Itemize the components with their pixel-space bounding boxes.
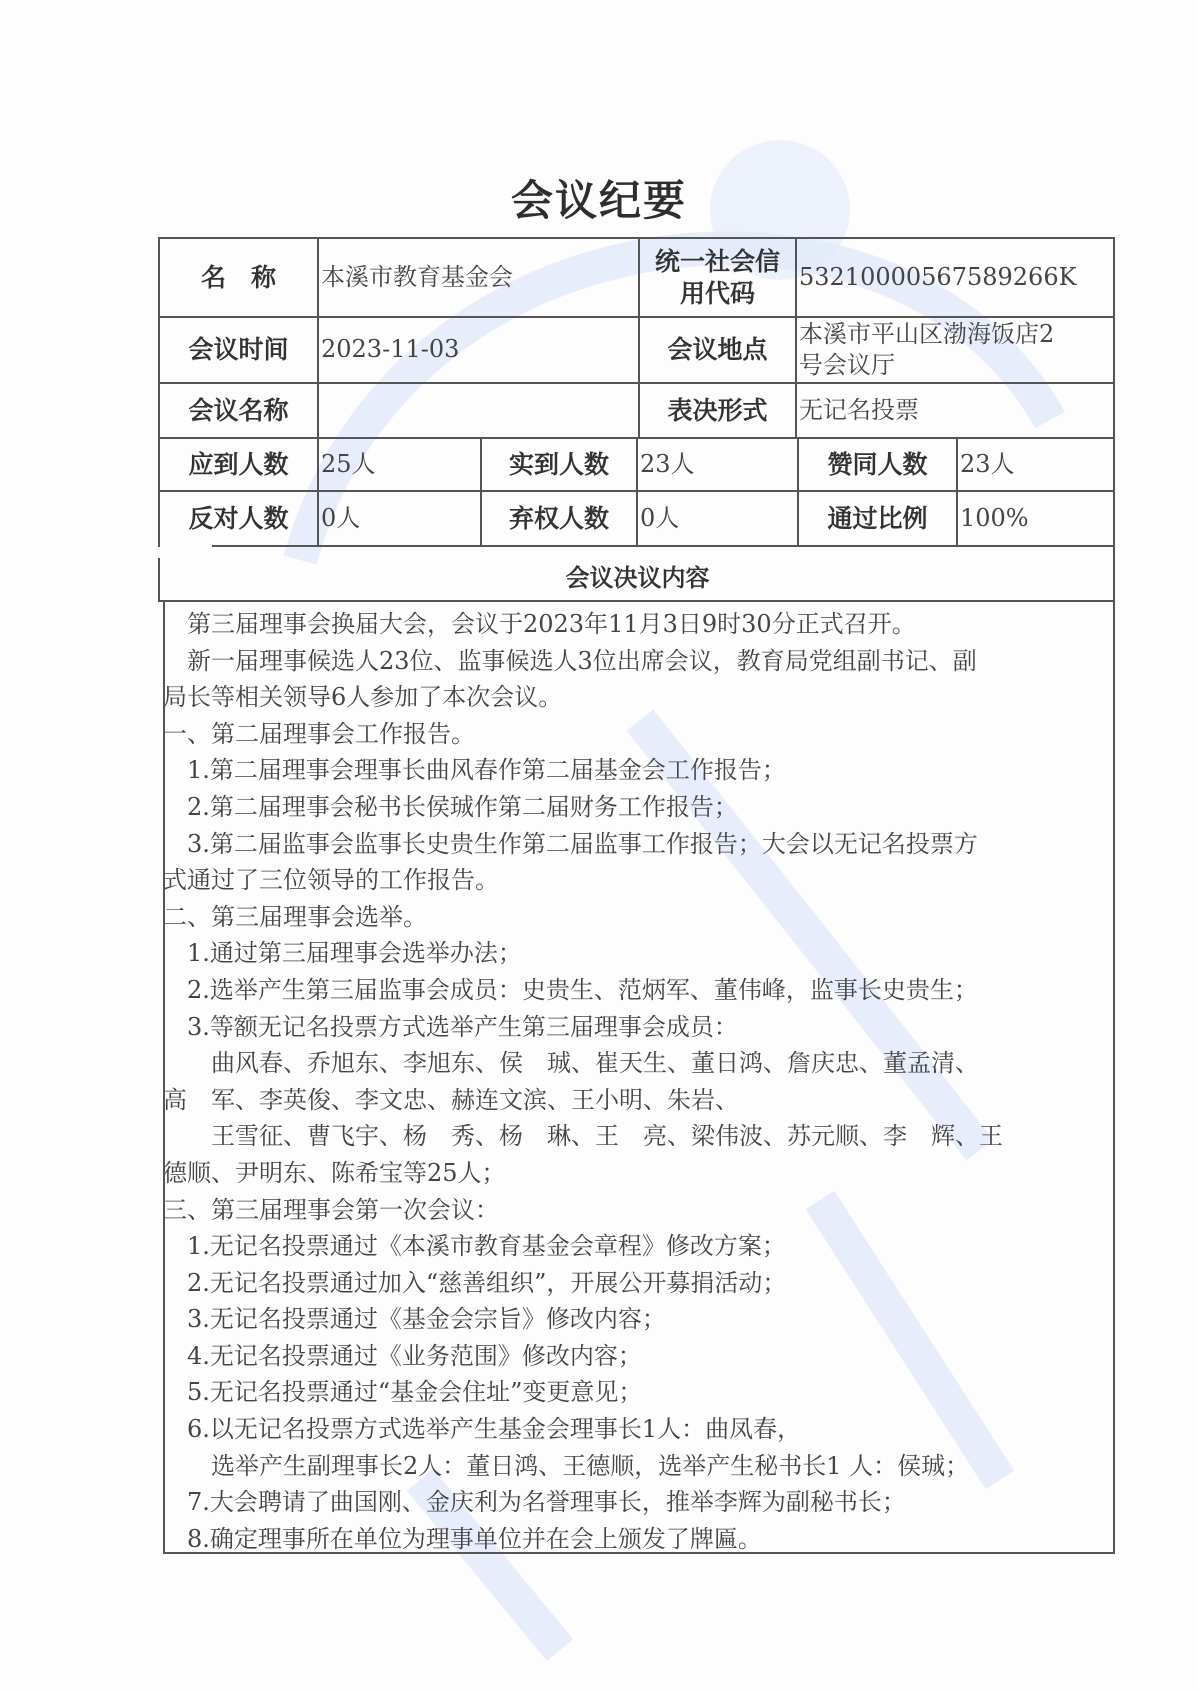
section-divider bbox=[158, 600, 1115, 602]
value-votes-for: 23人 bbox=[960, 439, 1113, 490]
resolution-line: 7.大会聘请了曲国刚、金庆利为名誉理事长，推举李辉为副秘书长； bbox=[163, 1484, 1113, 1521]
document-title: 会议纪要 bbox=[0, 168, 1198, 228]
value-credit-code: 53210000567589266K bbox=[799, 239, 1113, 316]
resolution-line: 2.无记名投票通过加入“慈善组织”，开展公开募捐活动； bbox=[163, 1265, 1113, 1302]
resolution-line: 4.无记名投票通过《业务范围》修改内容； bbox=[163, 1338, 1113, 1375]
resolution-line: 式通过了三位领导的工作报告。 bbox=[163, 862, 1113, 899]
label-name: 名 称 bbox=[160, 239, 317, 316]
resolution-line: 3.等额无记名投票方式选举产生第三届理事会成员： bbox=[163, 1009, 1113, 1046]
resolution-line: 3.第二届监事会监事长史贵生作第二届监事工作报告；大会以无记名投票方 bbox=[163, 826, 1113, 863]
value-votes-against: 0人 bbox=[321, 492, 479, 545]
table-row-divider bbox=[212, 545, 1115, 547]
value-expected-attendees: 25人 bbox=[321, 439, 479, 490]
table-col-divider bbox=[636, 437, 638, 547]
resolution-line: 1.通过第三届理事会选举办法； bbox=[163, 935, 1113, 972]
value-abstentions: 0人 bbox=[640, 492, 797, 545]
value-meeting-location: 本溪市平山区渤海饭店2 号会议厅 bbox=[799, 318, 1113, 382]
resolution-line: 6.以无记名投票方式选举产生基金会理事长1人：曲凤春， bbox=[163, 1411, 1113, 1448]
label-votes-for: 赞同人数 bbox=[799, 439, 956, 490]
location-line1: 本溪市平山区渤海饭店2 bbox=[799, 319, 1054, 350]
label-voting-method: 表决形式 bbox=[640, 384, 795, 437]
value-meeting-time: 2023-11-03 bbox=[321, 318, 636, 382]
value-pass-rate: 100% bbox=[960, 492, 1113, 545]
resolution-line: 选举产生副理事长2人：董日鸿、王德顺，选举产生秘书长1 人：侯珹； bbox=[163, 1448, 1113, 1485]
label-meeting-time: 会议时间 bbox=[160, 318, 317, 382]
table-border-right bbox=[1113, 237, 1115, 1554]
label-credit-code: 统一社会信 用代码 bbox=[640, 239, 795, 316]
resolution-line: 第三届理事会换届大会，会议于2023年11月3日9时30分正式召开。 bbox=[163, 606, 1113, 643]
label-meeting-location: 会议地点 bbox=[640, 318, 795, 382]
value-name: 本溪市教育基金会 bbox=[321, 239, 636, 316]
value-actual-attendees: 23人 bbox=[640, 439, 797, 490]
resolution-line: 高 军、李英俊、李文忠、赫连文滨、王小明、朱岩、 bbox=[163, 1082, 1113, 1119]
resolution-line: 1.第二届理事会理事长曲风春作第二届基金会工作报告； bbox=[163, 752, 1113, 789]
resolution-section-title: 会议决议内容 bbox=[160, 558, 1115, 598]
label-meeting-name: 会议名称 bbox=[160, 384, 317, 437]
resolution-line: 8.确定理事所在单位为理事单位并在会上颁发了牌匾。 bbox=[163, 1521, 1113, 1558]
resolution-line: 一、第二届理事会工作报告。 bbox=[163, 716, 1113, 753]
label-votes-against: 反对人数 bbox=[160, 492, 317, 545]
table-col-divider bbox=[317, 237, 319, 547]
table-col-divider bbox=[956, 437, 958, 547]
location-line2: 号会议厅 bbox=[799, 350, 895, 381]
resolution-line: 2.选举产生第三届监事会成员：史贵生、范炳军、董伟峰，监事长史贵生； bbox=[163, 972, 1113, 1009]
resolution-line: 曲风春、乔旭东、李旭东、侯 珹、崔天生、董日鸿、詹庆忠、董孟清、 bbox=[163, 1045, 1113, 1082]
resolution-line: 王雪征、曹飞宇、杨 秀、杨 琳、王 亮、梁伟波、苏元顺、李 辉、王 bbox=[163, 1118, 1113, 1155]
resolution-line: 5.无记名投票通过“基金会住址”变更意见； bbox=[163, 1374, 1113, 1411]
resolution-line: 局长等相关领导6人参加了本次会议。 bbox=[163, 679, 1113, 716]
value-voting-method: 无记名投票 bbox=[799, 384, 1113, 437]
resolution-line: 二、第三届理事会选举。 bbox=[163, 899, 1113, 936]
resolution-line: 2.第二届理事会秘书长侯珹作第二届财务工作报告； bbox=[163, 789, 1113, 826]
label-actual-attendees: 实到人数 bbox=[482, 439, 636, 490]
resolution-line: 3.无记名投票通过《基金会宗旨》修改内容； bbox=[163, 1301, 1113, 1338]
value-meeting-name bbox=[321, 384, 636, 437]
label-credit-code-line1: 统一社会信 bbox=[655, 246, 780, 277]
resolution-line: 新一届理事候选人23位、监事候选人3位出席会议，教育局党组副书记、副 bbox=[163, 643, 1113, 680]
label-pass-rate: 通过比例 bbox=[799, 492, 956, 545]
label-abstentions: 弃权人数 bbox=[482, 492, 636, 545]
resolution-line: 1.无记名投票通过《本溪市教育基金会章程》修改方案； bbox=[163, 1228, 1113, 1265]
table-col-divider bbox=[795, 237, 797, 437]
resolution-content: 第三届理事会换届大会，会议于2023年11月3日9时30分正式召开。 新一届理事… bbox=[163, 606, 1113, 1557]
label-expected-attendees: 应到人数 bbox=[160, 439, 317, 490]
resolution-line: 德顺、尹明东、陈希宝等25人； bbox=[163, 1155, 1113, 1192]
label-credit-code-line2: 用代码 bbox=[680, 278, 755, 309]
resolution-line: 三、第三届理事会第一次会议： bbox=[163, 1192, 1113, 1229]
